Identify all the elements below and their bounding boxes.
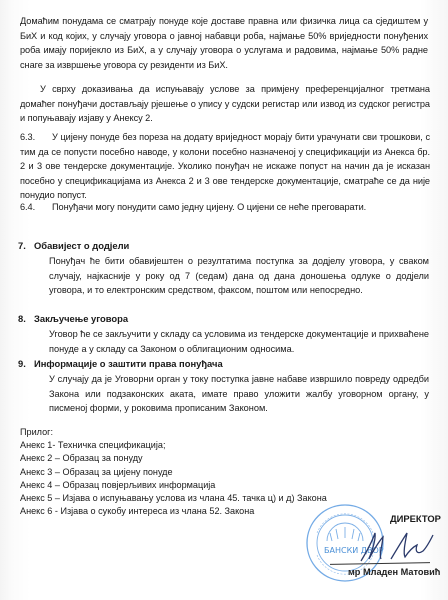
section-7-body: Понуђач ће бити обавијештен о резултатим…	[49, 254, 429, 298]
director-title: ДИРЕКТОР	[390, 513, 441, 524]
signer-name: мр Младен Матовић	[348, 567, 440, 577]
attachment-item: Анекс 4 – Образац повјерљивих информациј…	[20, 479, 327, 492]
section-title: Закључење уговора	[34, 313, 128, 324]
section-number: 9.	[18, 358, 34, 369]
proof-paragraph: У сврху доказивања да испуњавају услове …	[20, 82, 430, 126]
attachment-item: Анекс 1- Техничка спецификација;	[20, 439, 327, 452]
attachment-item: Анекс 2 – Образац за понуду	[20, 452, 327, 465]
section-number: 7.	[18, 240, 34, 251]
signature-icon	[355, 525, 440, 567]
section-9-heading: 9.Информације о заштити права понуђача	[18, 358, 223, 369]
domestic-offers-paragraph: Домаћим понудама се сматрају понуде које…	[20, 14, 428, 72]
clause-text: У цијену понуде без пореза на додату ври…	[20, 132, 430, 200]
clause-6-3: 6.3.У цијену понуде без пореза на додату…	[20, 130, 430, 203]
clause-text: Понуђачи могу понудити само једну цијену…	[52, 202, 366, 212]
clause-number: 6.3.	[20, 130, 52, 145]
clause-number: 6.4.	[20, 200, 52, 215]
attachment-item: Анекс 6 - Изјава о сукобу интереса из чл…	[20, 505, 327, 518]
attachments-label: Прилог:	[20, 426, 327, 439]
document-page: Домаћим понудама се сматрају понуде које…	[0, 0, 448, 600]
section-title: Обавијест о додјели	[34, 240, 129, 251]
section-8-heading: 8.Закључење уговора	[18, 313, 128, 324]
attachment-item: Анекс 5 – Изјава о испуњавању услова из …	[20, 492, 327, 505]
section-9-body: У случају да је Уговорни орган у току по…	[49, 372, 429, 416]
section-title: Информације о заштити права понуђача	[34, 358, 223, 369]
section-8-body: Уговор ће се закључити у складу са услов…	[49, 327, 429, 356]
attachments-list: Прилог: Анекс 1- Техничка спецификација;…	[20, 426, 327, 518]
section-number: 8.	[18, 313, 34, 324]
attachment-item: Анекс 3 – Образац за цијену понуде	[20, 466, 327, 479]
section-7-heading: 7.Обавијест о додјели	[18, 240, 129, 251]
clause-6-4: 6.4.Понуђачи могу понудити само једну ци…	[20, 200, 430, 215]
